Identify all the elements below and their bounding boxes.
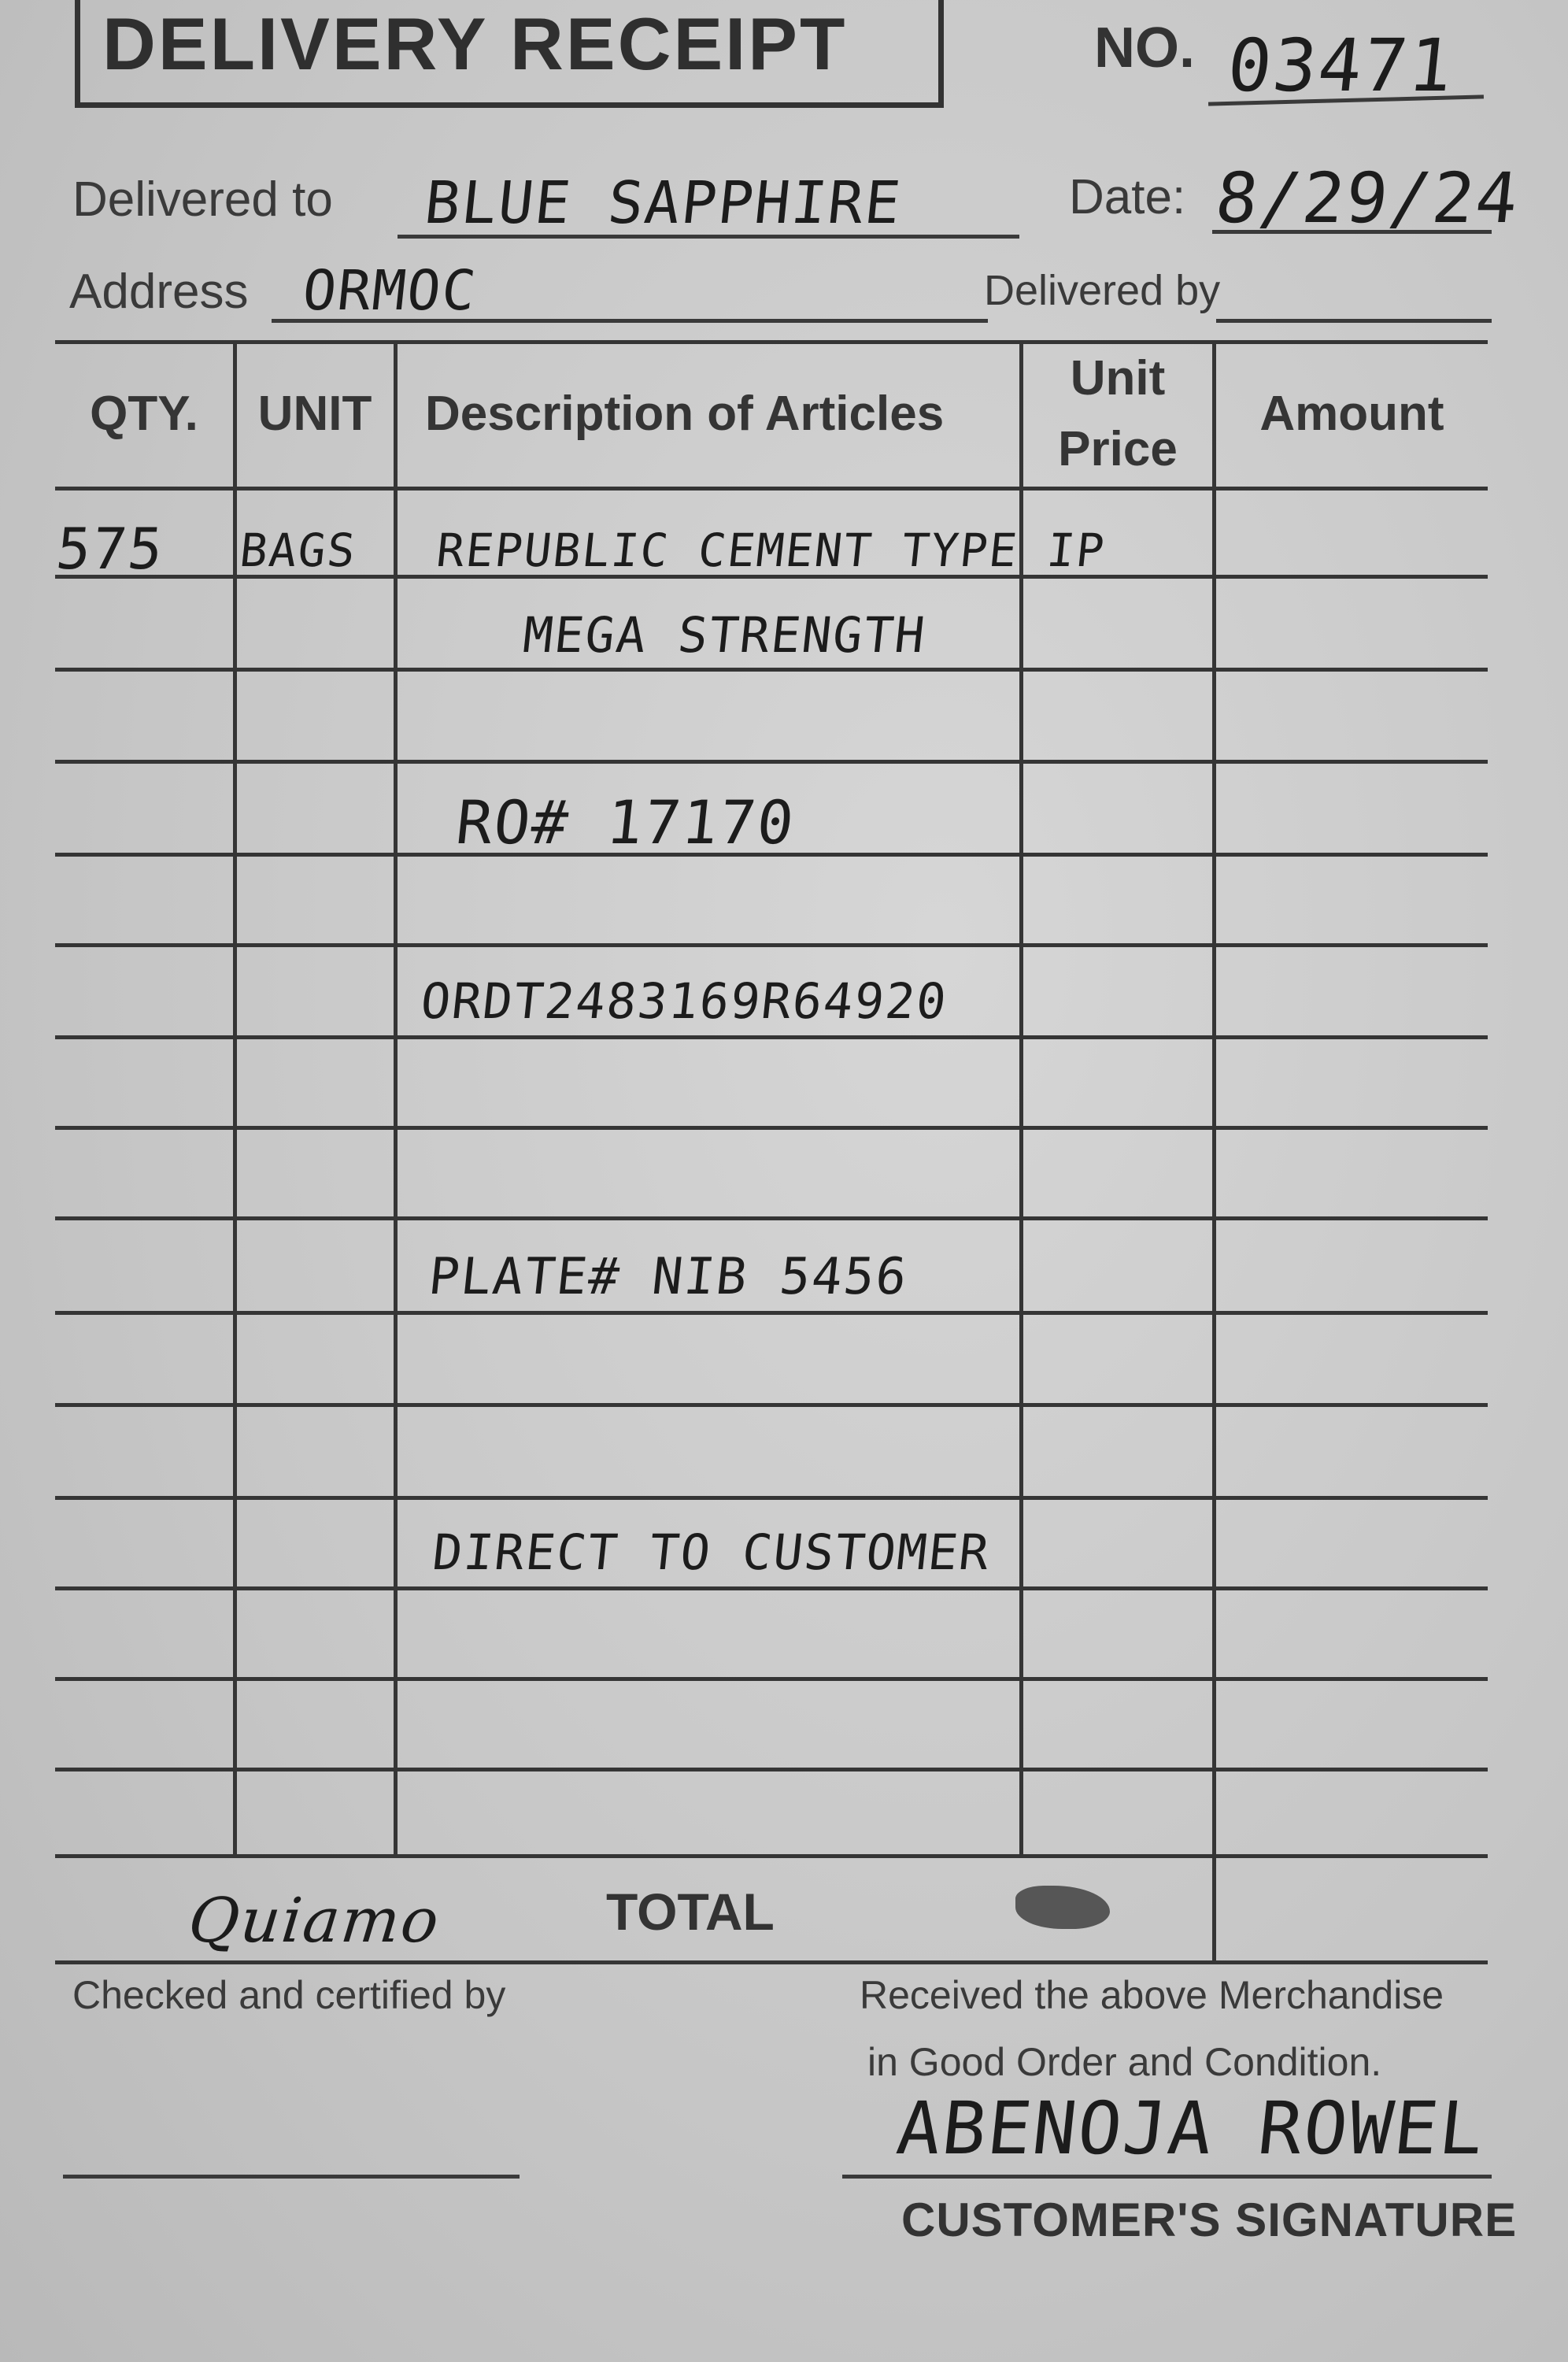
row-1-description: REPUBLIC CEMENT TYPE IP: [434, 524, 1108, 577]
receipt-number-label: NO.: [1094, 16, 1195, 80]
customer-signature-line: [842, 2175, 1492, 2179]
header-amount: Amount: [1216, 386, 1488, 442]
column-divider-price-amount: [1212, 340, 1216, 1962]
row-6-description: ORDT2483169R64920: [418, 972, 950, 1030]
header-unit-price-line2: Price: [1023, 421, 1212, 477]
document-title: DELIVERY RECEIPT: [102, 2, 847, 87]
header-unit-price-line1: Unit: [1023, 350, 1212, 406]
row-4-description: RO# 17170: [453, 787, 798, 857]
row-1-unit: BAGS: [237, 524, 359, 577]
date-value[interactable]: 8/29/24: [1212, 157, 1524, 239]
table-total-bottom: [55, 1960, 1488, 1964]
received-statement-line1: Received the above Merchandise: [860, 1972, 1444, 2018]
row-divider: [55, 1586, 1488, 1590]
delivered-to-value[interactable]: BLUE SAPPHIRE: [421, 169, 904, 237]
checked-by-signature-line: [63, 2175, 520, 2179]
header-qty: QTY.: [55, 386, 233, 442]
table-items-bottom: [55, 1854, 1488, 1858]
row-divider: [55, 1768, 1488, 1771]
receipt-number-value: 03471: [1223, 24, 1458, 108]
address-value[interactable]: ORMOC: [300, 258, 480, 323]
row-divider: [55, 1403, 1488, 1407]
checked-certified-label: Checked and certified by: [72, 1972, 505, 2018]
row-divider: [55, 1496, 1488, 1500]
row-9-description: PLATE# NIB 5456: [426, 1248, 911, 1306]
customer-signature-label: CUSTOMER'S SIGNATURE: [901, 2193, 1517, 2247]
table-header-bottom: [55, 487, 1488, 491]
received-statement-line2: in Good Order and Condition.: [867, 2039, 1381, 2085]
checked-by-signature: Quiamo: [185, 1886, 443, 1957]
row-divider: [55, 943, 1488, 947]
header-unit: UNIT: [236, 386, 394, 442]
column-divider-unit-desc: [394, 340, 398, 1856]
header-description: Description of Articles: [398, 386, 976, 442]
address-label: Address: [69, 264, 248, 320]
row-divider: [55, 668, 1488, 672]
row-divider: [55, 1035, 1488, 1039]
customer-signature: ABENOJA ROWEL: [893, 2086, 1488, 2171]
date-label: Date:: [1069, 169, 1185, 225]
table-top-border: [55, 340, 1488, 344]
row-12-description: DIRECT TO CUSTOMER: [430, 1523, 993, 1581]
row-divider: [55, 1216, 1488, 1220]
row-divider: [55, 760, 1488, 764]
delivered-to-underline: [398, 235, 1019, 239]
row-divider: [55, 1677, 1488, 1681]
delivered-by-label: Delivered by: [984, 266, 1220, 315]
delivered-by-underline: [1216, 319, 1492, 323]
delivered-to-label: Delivered to: [72, 172, 333, 228]
column-divider-qty-unit: [233, 340, 237, 1856]
row-2-description: MEGA STRENGTH: [520, 606, 929, 664]
address-underline: [272, 319, 988, 323]
row-divider: [55, 1126, 1488, 1130]
row-divider: [55, 1311, 1488, 1315]
total-label: TOTAL: [606, 1882, 775, 1942]
ink-smudge: [1015, 1886, 1110, 1929]
row-1-qty: 575: [54, 516, 168, 582]
date-underline: [1212, 230, 1492, 234]
